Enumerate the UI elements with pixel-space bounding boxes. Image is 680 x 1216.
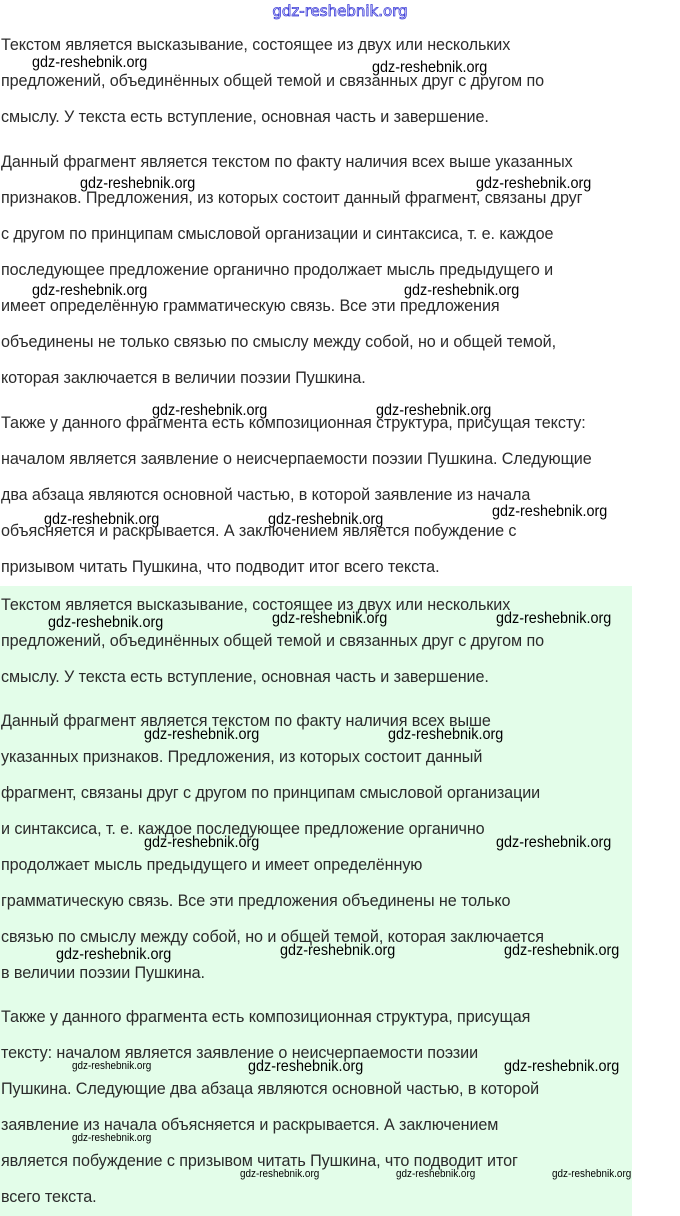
watermark: gdz-reshebnik.org (152, 402, 267, 420)
text-line: Текстом является высказывание, состоящее… (1, 596, 510, 615)
text-line: Пушкина. Следующие два абзаца являются о… (1, 1080, 539, 1099)
text-line: продолжает мысль предыдущего и имеет опр… (1, 856, 422, 875)
watermark: gdz-reshebnik.org (56, 946, 171, 964)
text-line: которая заключается в величии поэзии Пуш… (1, 369, 366, 388)
watermark: gdz-reshebnik.org (72, 1132, 151, 1144)
watermark: gdz-reshebnik.org (396, 1168, 475, 1180)
watermark: gdz-reshebnik.org (476, 175, 591, 193)
watermark: gdz-reshebnik.org (372, 59, 487, 77)
text-line: последующее предложение органично продол… (1, 261, 553, 280)
watermark: gdz-reshebnik.org (376, 402, 491, 420)
text-line: в величии поэзии Пушкина. (1, 964, 205, 983)
watermark: gdz-reshebnik.org (80, 175, 195, 193)
watermark: gdz-reshebnik.org (48, 614, 163, 632)
watermark: gdz-reshebnik.org (280, 942, 395, 960)
text-line: с другом по принципам смысловой организа… (1, 225, 553, 244)
text-line: призывом читать Пушкина, что подводит ит… (1, 558, 439, 577)
watermark: gdz-reshebnik.org (272, 610, 387, 628)
watermark: gdz-reshebnik.org (496, 834, 611, 852)
text-line: два абзаца являются основной частью, в к… (1, 486, 530, 505)
watermark: gdz-reshebnik.org (248, 1058, 363, 1076)
text-line: фрагмент, связаны друг с другом по принц… (1, 784, 540, 803)
text-line: Также у данного фрагмента есть композици… (1, 414, 586, 433)
watermark: gdz-reshebnik.org (492, 503, 607, 521)
watermark: gdz-reshebnik.org (44, 511, 159, 529)
text-line: началом является заявление о неисчерпаем… (1, 450, 592, 469)
text-line: смыслу. У текста есть вступление, основн… (1, 108, 489, 127)
text-line: предложений, объединённых общей темой и … (1, 632, 544, 651)
watermark: gdz-reshebnik.org (504, 942, 619, 960)
watermark: gdz-reshebnik.org (404, 282, 519, 300)
watermark: gdz-reshebnik.org (552, 1168, 631, 1180)
site-watermark-header: gdz-reshebnik.org (0, 2, 680, 20)
watermark: gdz-reshebnik.org (268, 511, 383, 529)
watermark: gdz-reshebnik.org (504, 1058, 619, 1076)
watermark: gdz-reshebnik.org (144, 726, 259, 744)
text-line: всего текста. (1, 1188, 97, 1207)
text-block-highlighted: Текстом является высказывание, состоящее… (0, 586, 632, 1216)
watermark: gdz-reshebnik.org (32, 282, 147, 300)
watermark: gdz-reshebnik.org (388, 726, 503, 744)
text-line: Данный фрагмент является текстом по факт… (1, 153, 573, 172)
watermark: gdz-reshebnik.org (240, 1168, 319, 1180)
text-line: Текстом является высказывание, состоящее… (1, 36, 510, 55)
watermark: gdz-reshebnik.org (72, 1060, 151, 1072)
watermark: gdz-reshebnik.org (496, 610, 611, 628)
text-line: указанных признаков. Предложения, из кот… (1, 748, 482, 767)
text-line: смыслу. У текста есть вступление, основн… (1, 668, 489, 687)
text-line: объединены не только связью по смыслу ме… (1, 333, 556, 352)
text-line: грамматическую связь. Все эти предложени… (1, 892, 510, 911)
watermark: gdz-reshebnik.org (144, 834, 259, 852)
watermark: gdz-reshebnik.org (32, 54, 147, 72)
text-line: Также у данного фрагмента есть композици… (1, 1008, 530, 1027)
text-line: связью по смыслу между собой, но и общей… (1, 928, 544, 947)
